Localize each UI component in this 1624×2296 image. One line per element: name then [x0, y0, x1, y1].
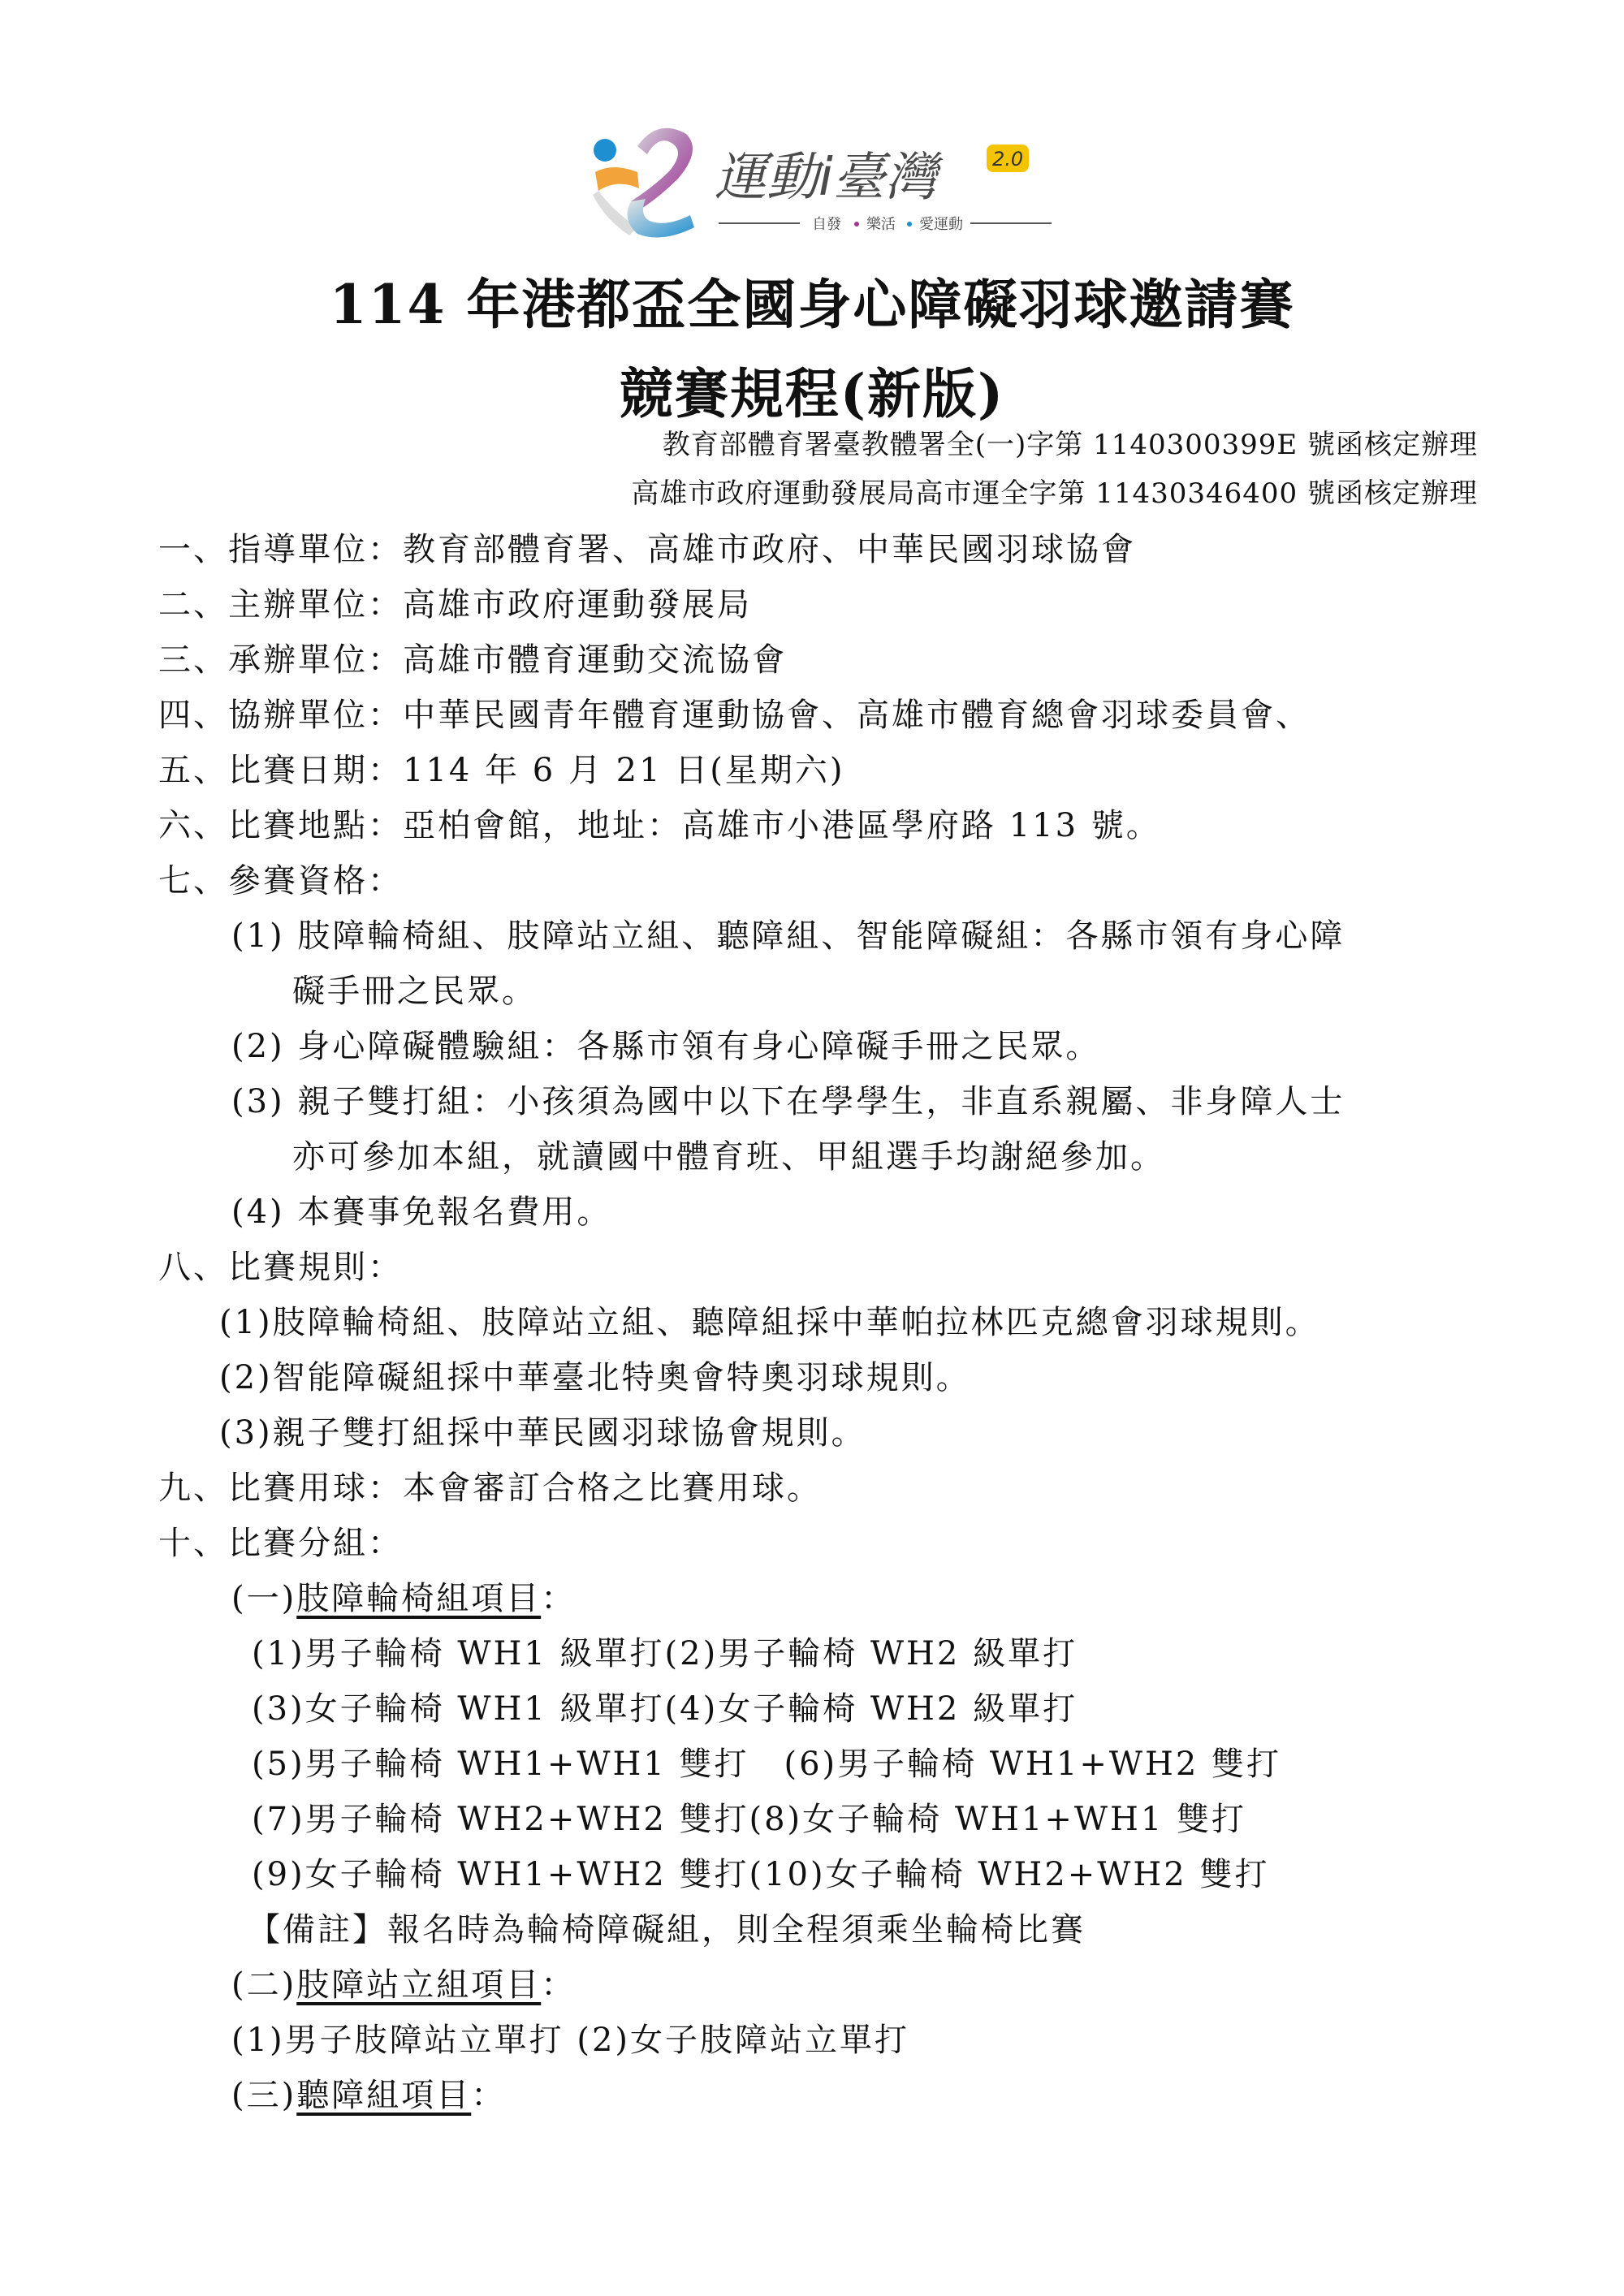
eligibility-item: (2) 身心障礙體驗組：各縣市領有身心障礙手冊之民眾。 [231, 1021, 1100, 1067]
division-wheelchair-heading: (一)肢障輪椅組項目： [231, 1573, 576, 1619]
eligibility-item-cont: 亦可參加本組，就讀國中體育班、甲組選手均謝絕參加。 [292, 1131, 1165, 1177]
svg-text:運動i臺灣: 運動i臺灣 [715, 148, 944, 208]
section-venue: 六、比賽地點：亞柏會館，地址：高雄市小港區學府路 113 號。 [158, 800, 1161, 846]
section-date: 五、比賽日期：114 年 6 月 21 日(星期六) [158, 744, 844, 791]
wheelchair-event-row: (9)女子輪椅 WH1+WH2 雙打(10)女子輪椅 WH2+WH2 雙打 [252, 1849, 1269, 1895]
svg-text:自發: 自發 [812, 216, 841, 233]
section-co-organizers: 四、協辦單位：中華民國青年體育運動協會、高雄市體育總會羽球委員會、 [158, 689, 1311, 736]
section-rules-heading: 八、比賽規則： [158, 1241, 403, 1288]
wheelchair-event-row: (3)女子輪椅 WH1 級單打(4)女子輪椅 WH2 級單打 [252, 1683, 1078, 1729]
logo-emblem-icon: 運動i臺灣 2.0 自發 樂活 愛運動 [581, 114, 1060, 244]
document-title: 114 年港都盃全國身心障礙羽球邀請賽 [0, 261, 1624, 339]
division-suffix: ： [541, 1580, 576, 1617]
section-executor: 三、承辦單位：高雄市體育運動交流協會 [158, 634, 787, 680]
rules-item: (1)肢障輪椅組、肢障站立組、聽障組採中華帕拉林匹克總會羽球規則。 [219, 1297, 1320, 1343]
section-supervising-units: 一、指導單位：教育部體育署、高雄市政府、中華民國羽球協會 [158, 524, 1136, 570]
division-title: 聽障組項目 [296, 2077, 471, 2114]
wheelchair-event-row: (7)男子輪椅 WH2+WH2 雙打(8)女子輪椅 WH1+WH1 雙打 [252, 1793, 1246, 1840]
division-hearing-heading: (三)聽障組項目： [231, 2069, 506, 2116]
eligibility-item: (4) 本賽事免報名費用。 [231, 1186, 611, 1232]
svg-text:樂活: 樂活 [866, 216, 896, 233]
division-suffix: ： [541, 1966, 576, 2004]
eligibility-item-cont: 礙手冊之民眾。 [292, 965, 537, 1012]
section-eligibility-heading: 七、參賽資格： [158, 855, 403, 901]
sports-taiwan-logo: 運動i臺灣 2.0 自發 樂活 愛運動 [581, 114, 1060, 244]
section-divisions-heading: 十、比賽分組： [158, 1517, 403, 1564]
approval-reference-kaohsiung: 高雄市政府運動發展局高市運全字第 11430346400 號函核定辦理 [631, 471, 1478, 511]
eligibility-item: (1) 肢障輪椅組、肢障站立組、聽障組、智能障礙組：各縣市領有身心障 [231, 910, 1345, 956]
division-standing-heading: (二)肢障站立組項目： [231, 1959, 576, 2005]
rules-item: (3)親子雙打組採中華民國羽球協會規則。 [219, 1407, 866, 1453]
wheelchair-note: 【備註】報名時為輪椅障礙組，則全程須乘坐輪椅比賽 [248, 1904, 1086, 1950]
standing-event-row: (1)男子肢障站立單打 (2)女子肢障站立單打 [231, 2014, 909, 2061]
eligibility-item: (3) 親子雙打組：小孩須為國中以下在學學生，非直系親屬、非身障人士 [231, 1076, 1345, 1122]
wheelchair-event-row: (1)男子輪椅 WH1 級單打(2)男子輪椅 WH2 級單打 [252, 1628, 1078, 1674]
division-title: 肢障輪椅組項目 [296, 1580, 541, 1617]
division-prefix: (二) [231, 1966, 296, 2004]
document-subtitle: 競賽規程(新版) [0, 351, 1624, 428]
division-prefix: (一) [231, 1580, 296, 1617]
approval-reference-moe: 教育部體育署臺教體署全(一)字第 1140300399E 號函核定辦理 [663, 422, 1478, 462]
section-organizer: 二、主辦單位：高雄市政府運動發展局 [158, 579, 752, 625]
rules-item: (2)智能障礙組採中華臺北特奧會特奧羽球規則。 [219, 1352, 971, 1398]
svg-text:愛運動: 愛運動 [919, 216, 963, 233]
division-prefix: (三) [231, 2077, 296, 2114]
section-shuttlecock: 九、比賽用球：本會審訂合格之比賽用球。 [158, 1462, 822, 1508]
wheelchair-event-row: (5)男子輪椅 WH1+WH1 雙打 (6)男子輪椅 WH1+WH2 雙打 [252, 1738, 1281, 1785]
division-title: 肢障站立組項目 [296, 1966, 541, 2004]
svg-text:2.0: 2.0 [992, 148, 1023, 170]
division-suffix: ： [471, 2077, 506, 2114]
